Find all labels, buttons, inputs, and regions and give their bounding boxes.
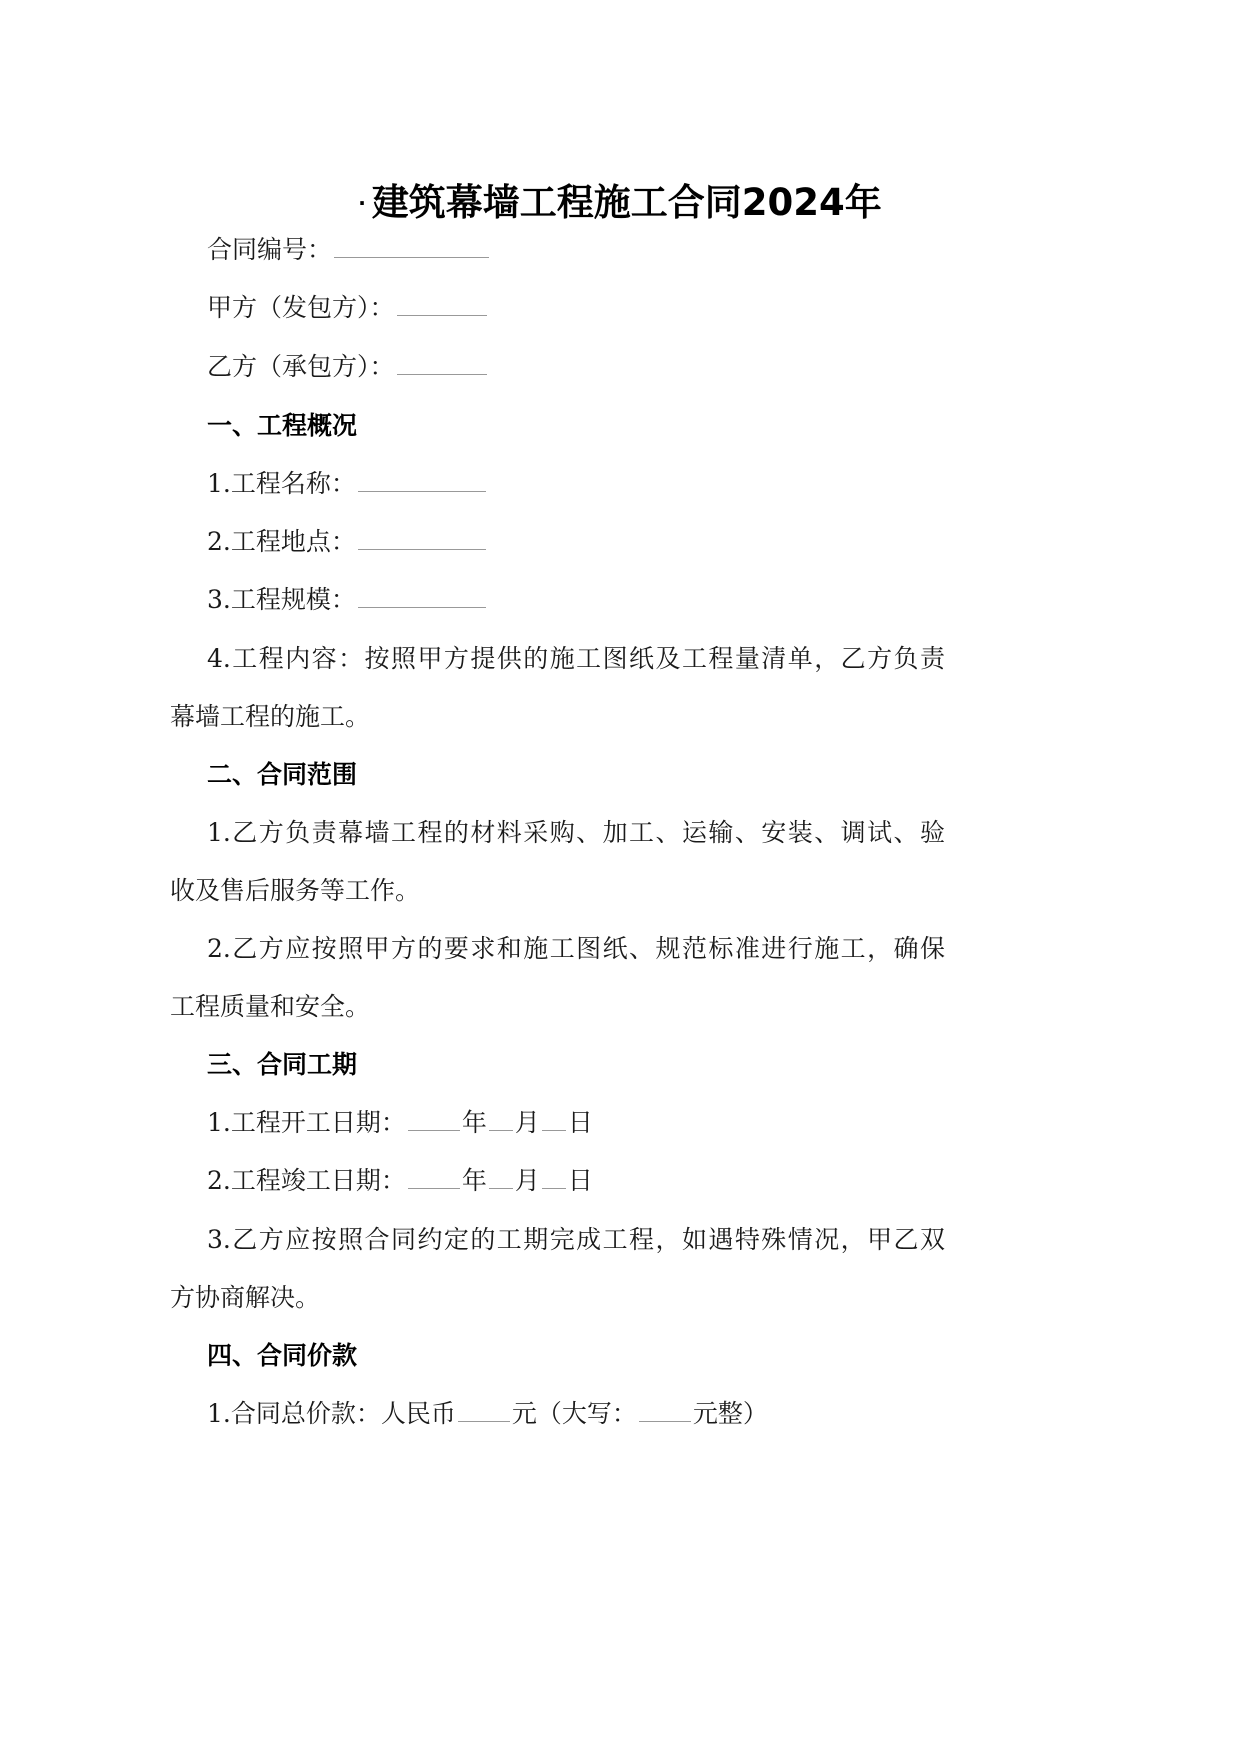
- scope-item1-line2: 收及售后服务等工作。: [170, 874, 945, 908]
- document-page: ·建筑幕墙工程施工合同2024年 合同编号： 甲方（发包方）： 乙方（承包方）：…: [0, 0, 1240, 1753]
- end-year-blank[interactable]: [408, 1166, 460, 1189]
- schedule-item3-line1: 3.乙方应按照合同约定的工期完成工程，如遇特殊情况，甲乙双: [170, 1223, 945, 1257]
- scope-item1-line1: 1.乙方负责幕墙工程的材料采购、加工、运输、安装、调试、验: [170, 816, 945, 850]
- field-label: 甲方（发包方）：: [207, 293, 395, 322]
- section-heading-overview: 一、工程概况: [170, 409, 982, 443]
- title-mark: ·: [358, 191, 366, 215]
- price-number-blank[interactable]: [458, 1399, 510, 1422]
- start-month-blank[interactable]: [489, 1108, 513, 1131]
- party-b-blank[interactable]: [397, 352, 487, 375]
- project-name-blank[interactable]: [358, 469, 486, 492]
- field-label: 元（大写：: [512, 1399, 637, 1428]
- field-label: 合同编号：: [207, 235, 332, 264]
- project-scale-blank[interactable]: [358, 585, 486, 608]
- title-text: 建筑幕墙工程施工合同2024年: [372, 181, 882, 224]
- party-b-field: 乙方（承包方）：: [170, 350, 982, 384]
- start-year-blank[interactable]: [408, 1108, 460, 1131]
- day-unit: 日: [568, 1166, 593, 1195]
- total-price-field: 1.合同总价款：人民币元（大写：元整）: [170, 1397, 982, 1431]
- project-location-blank[interactable]: [358, 527, 486, 550]
- field-label: 3.工程规模：: [207, 585, 356, 614]
- project-name-field: 1.工程名称：: [170, 467, 982, 501]
- end-month-blank[interactable]: [489, 1166, 513, 1189]
- document-title: ·建筑幕墙工程施工合同2024年: [0, 178, 1240, 228]
- price-words-blank[interactable]: [639, 1399, 691, 1422]
- section-heading-price: 四、合同价款: [170, 1339, 982, 1373]
- field-label: 乙方（承包方）：: [207, 352, 395, 381]
- project-scale-field: 3.工程规模：: [170, 583, 982, 617]
- start-date-field: 1.工程开工日期：年月日: [170, 1106, 982, 1140]
- scope-item2-line1: 2.乙方应按照甲方的要求和施工图纸、规范标准进行施工，确保: [170, 932, 945, 966]
- project-location-field: 2.工程地点：: [170, 525, 982, 559]
- year-unit: 年: [462, 1166, 487, 1195]
- schedule-item3-line2: 方协商解决。: [170, 1281, 945, 1315]
- day-unit: 日: [568, 1108, 593, 1137]
- scope-item2-line2: 工程质量和安全。: [170, 990, 945, 1024]
- end-date-field: 2.工程竣工日期：年月日: [170, 1164, 982, 1198]
- field-label: 1.工程开工日期：: [207, 1108, 406, 1137]
- field-label: 2.工程竣工日期：: [207, 1166, 406, 1195]
- month-unit: 月: [515, 1108, 540, 1137]
- field-label: 1.合同总价款：人民币: [207, 1399, 456, 1428]
- field-label: 元整）: [693, 1399, 768, 1428]
- field-label: 1.工程名称：: [207, 469, 356, 498]
- section-heading-schedule: 三、合同工期: [170, 1048, 982, 1082]
- month-unit: 月: [515, 1166, 540, 1195]
- project-content-line2: 幕墙工程的施工。: [170, 700, 945, 734]
- field-label: 2.工程地点：: [207, 527, 356, 556]
- section-heading-scope: 二、合同范围: [170, 758, 982, 792]
- project-content-line1: 4.工程内容：按照甲方提供的施工图纸及工程量清单，乙方负责: [170, 642, 945, 676]
- start-day-blank[interactable]: [542, 1108, 566, 1131]
- end-day-blank[interactable]: [542, 1166, 566, 1189]
- party-a-blank[interactable]: [397, 293, 487, 316]
- contract-number-blank[interactable]: [334, 235, 489, 258]
- contract-number-field: 合同编号：: [170, 233, 982, 267]
- year-unit: 年: [462, 1108, 487, 1137]
- party-a-field: 甲方（发包方）：: [170, 291, 982, 325]
